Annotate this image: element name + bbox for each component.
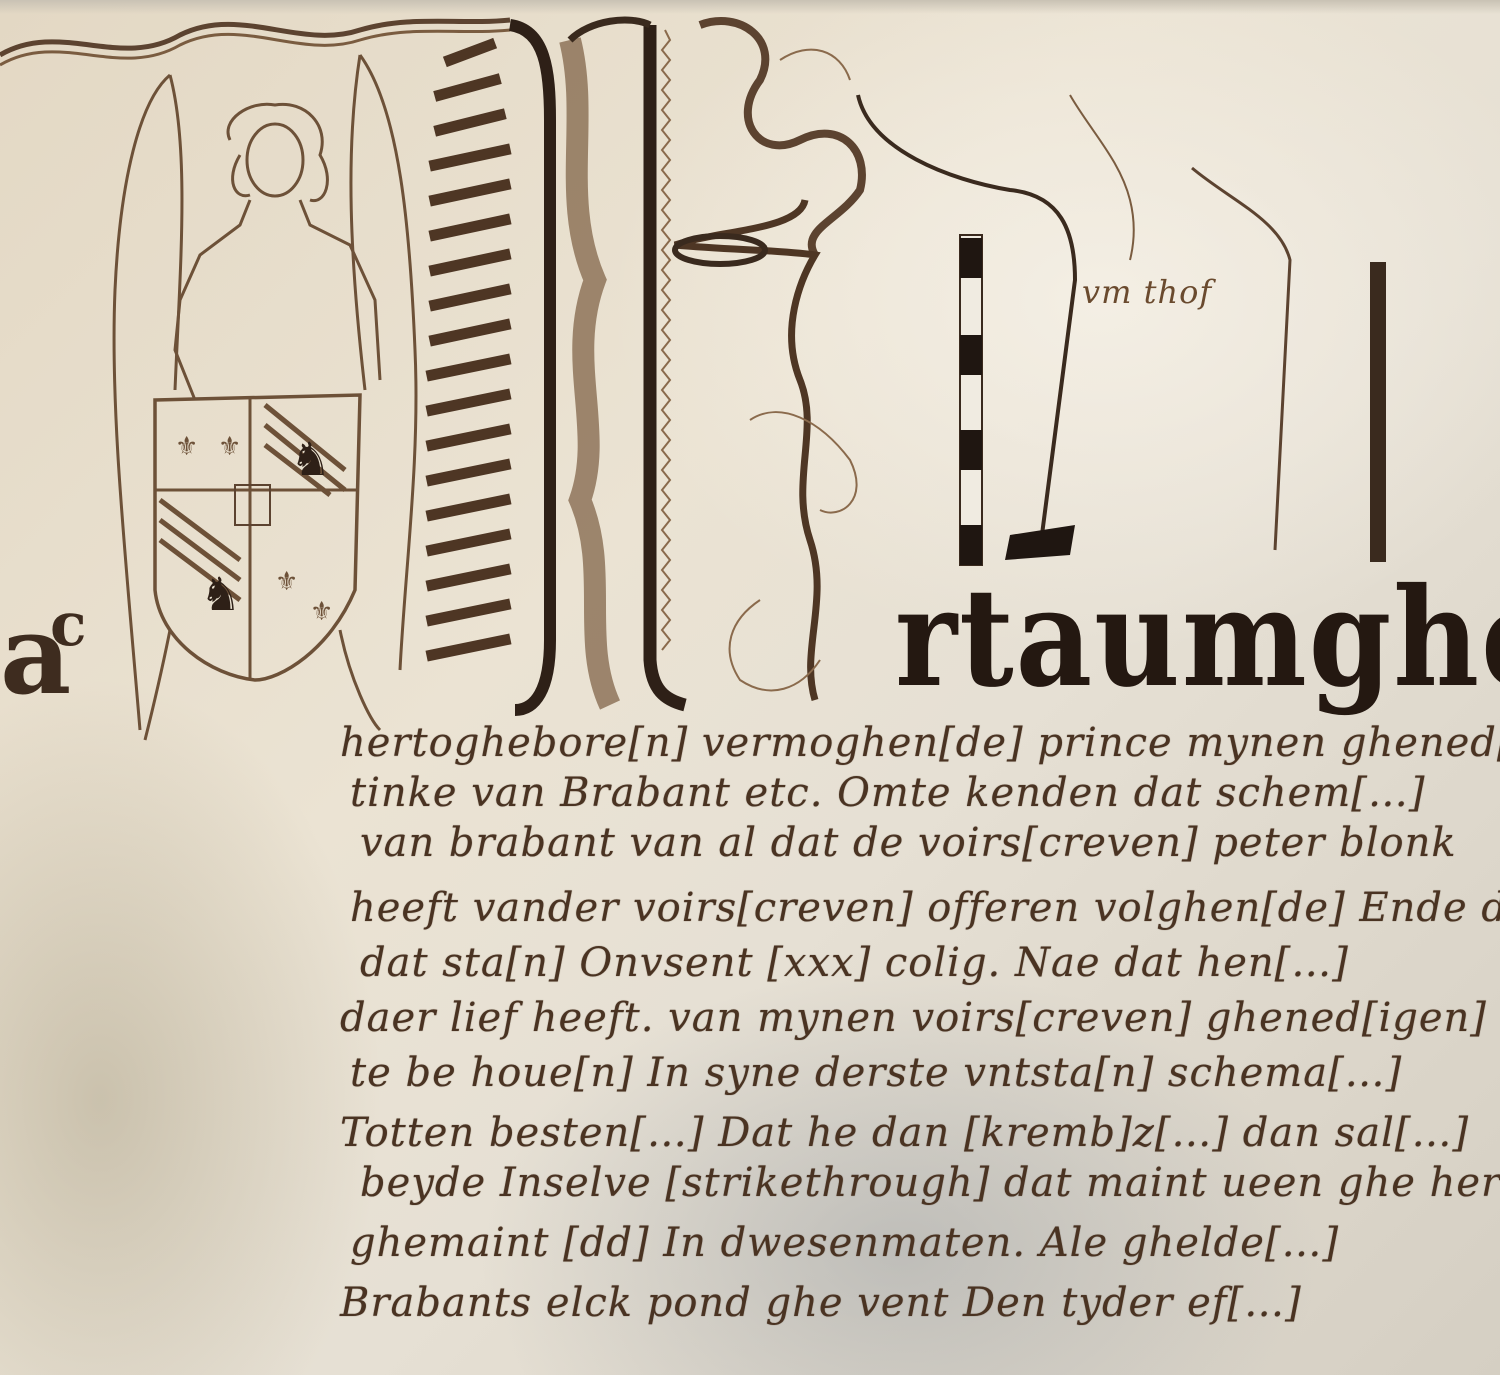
body-line-3: van brabant van al dat de voirs[creven] … bbox=[360, 820, 1457, 866]
body-line-6: daer lief heeft. van mynen voirs[creven]… bbox=[340, 995, 1500, 1041]
svg-text:♞: ♞ bbox=[290, 432, 331, 486]
margin-mark: c bbox=[50, 590, 87, 660]
manuscript-page: ⚜⚜ ⚜⚜ ♞ ♞ bbox=[0, 0, 1500, 1375]
svg-text:⚜: ⚜ bbox=[175, 432, 198, 462]
svg-text:⚜: ⚜ bbox=[218, 432, 241, 462]
ascender-flourishes-icon bbox=[830, 80, 1500, 580]
body-line-1: hertoghebore[n] vermoghen[de] prince myn… bbox=[340, 720, 1500, 766]
gothic-heading: rtaumghe bbox=[895, 570, 1500, 706]
marginal-note: vm thof bbox=[1082, 273, 1212, 311]
decorated-initial-m-icon bbox=[420, 0, 880, 720]
body-line-5: dat sta[n] Onvsent [xxx] colig. Nae dat … bbox=[360, 940, 1349, 986]
body-line-10: ghemaint [dd] In dwesenmaten. Ale ghelde… bbox=[350, 1220, 1339, 1266]
svg-text:♞: ♞ bbox=[200, 567, 241, 621]
angel-with-coat-of-arms-icon: ⚜⚜ ⚜⚜ ♞ ♞ bbox=[100, 30, 430, 750]
body-line-2: tinke van Brabant etc. Omte kenden dat s… bbox=[350, 770, 1425, 816]
svg-text:⚜: ⚜ bbox=[310, 597, 333, 627]
body-line-9: beyde Inselve [strikethrough] dat maint … bbox=[360, 1160, 1500, 1206]
svg-text:⚜: ⚜ bbox=[275, 567, 298, 597]
body-line-7: te be houe[n] In syne derste vntsta[n] s… bbox=[350, 1050, 1402, 1096]
body-line-8: Totten besten[…] Dat he dan [kremb]z[…] … bbox=[340, 1110, 1469, 1156]
body-line-4: heeft vander voirs[creven] offeren volgh… bbox=[350, 885, 1500, 931]
body-line-11: Brabants elck pond ghe vent Den tyder ef… bbox=[340, 1280, 1302, 1326]
